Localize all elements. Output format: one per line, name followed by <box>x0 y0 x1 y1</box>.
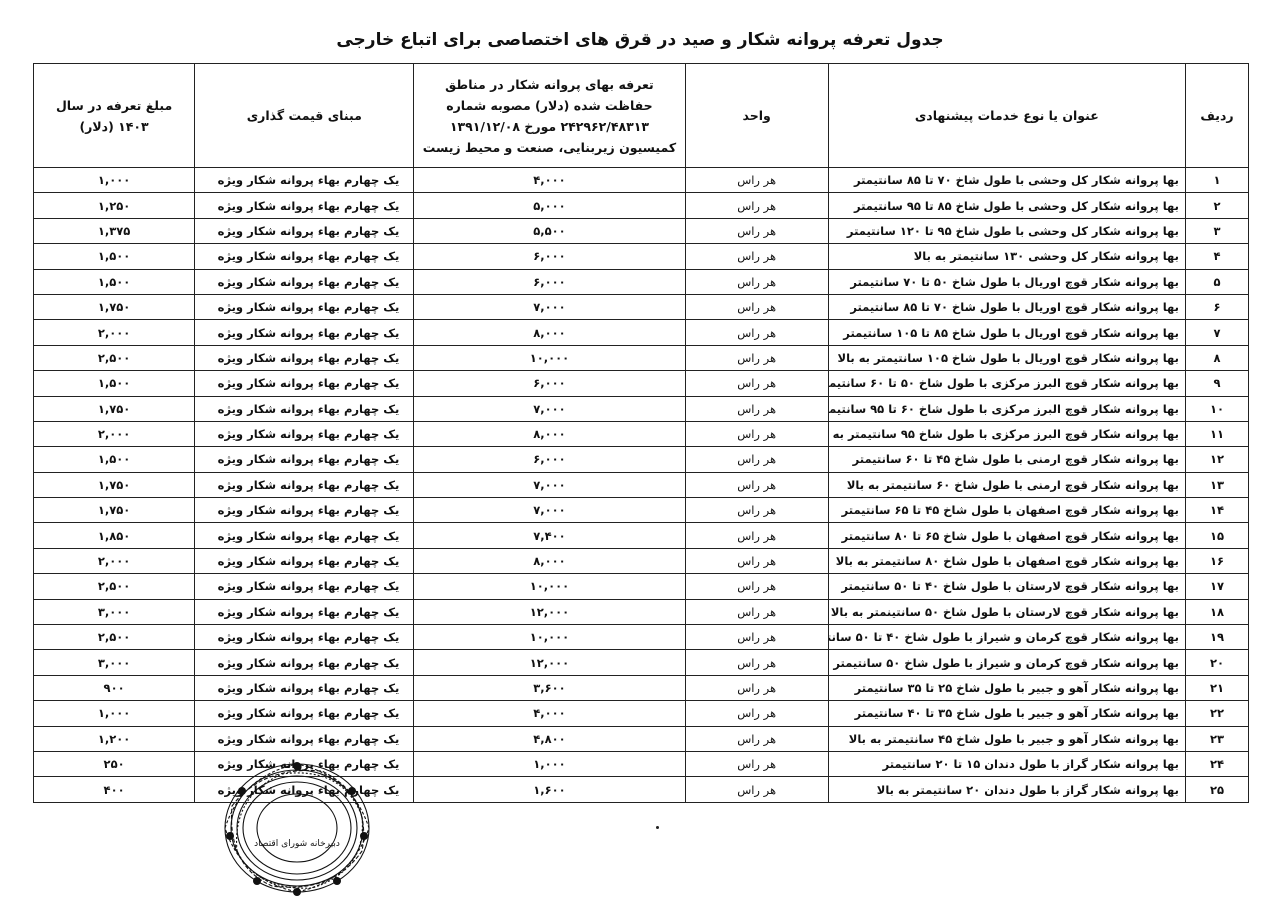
cell-amount-1403: ۱,۰۰۰ <box>34 701 195 726</box>
cell-base-tariff: ۷,۴۰۰ <box>414 523 685 548</box>
cell-pricing-basis: یک چهارم بهاء پروانه شکار ویژه <box>195 650 414 675</box>
cell-pricing-basis: یک چهارم بهاء پروانه شکار ویژه <box>195 751 414 776</box>
cell-pricing-basis: یک چهارم بهاء پروانه شکار ویژه <box>195 574 414 599</box>
cell-service-title: بها پروانه شکار قوچ البرز مرکزی با طول ش… <box>828 396 1185 421</box>
cell-pricing-basis: یک چهارم بهاء پروانه شکار ویژه <box>195 498 414 523</box>
cell-base-tariff: ۴,۰۰۰ <box>414 168 685 193</box>
cell-service-title: بها پروانه شکار قوچ اوریال با طول شاخ ۱۰… <box>828 345 1185 370</box>
cell-amount-1403: ۴۰۰ <box>34 777 195 802</box>
cell-service-title: بها پروانه شکار گراز با طول دندان ۲۰ سان… <box>828 777 1185 802</box>
cell-service-title: بها پروانه شکار قوچ البرز مرکزی با طول ش… <box>828 371 1185 396</box>
cell-service-title: بها پروانه شکار آهو و جبیر با طول شاخ ۴۵… <box>828 726 1185 751</box>
cell-service-title: بها پروانه شکار قوچ اصفهان با طول شاخ ۶۵… <box>828 523 1185 548</box>
cell-base-tariff: ۷,۰۰۰ <box>414 396 685 421</box>
cell-base-tariff: ۷,۰۰۰ <box>414 294 685 319</box>
cell-pricing-basis: یک چهارم بهاء پروانه شکار ویژه <box>195 320 414 345</box>
table-row: ۴بها پروانه شکار کل وحشی ۱۳۰ سانتیمتر به… <box>34 244 1249 269</box>
cell-pricing-basis: یک چهارم بهاء پروانه شکار ویژه <box>195 345 414 370</box>
cell-base-tariff: ۴,۰۰۰ <box>414 701 685 726</box>
cell-unit: هر راس <box>685 498 828 523</box>
cell-unit: هر راس <box>685 751 828 776</box>
cell-row-number: ۷ <box>1185 320 1248 345</box>
cell-row-number: ۶ <box>1185 294 1248 319</box>
table-row: ۲۱بها پروانه شکار آهو و جبیر با طول شاخ … <box>34 675 1249 700</box>
cell-row-number: ۲۰ <box>1185 650 1248 675</box>
cell-row-number: ۲۵ <box>1185 777 1248 802</box>
cell-service-title: بها پروانه شکار قوچ اصفهان با طول شاخ ۴۵… <box>828 498 1185 523</box>
cell-service-title: بها پروانه شکار کل وحشی ۱۳۰ سانتیمتر به … <box>828 244 1185 269</box>
table-row: ۲بها پروانه شکار کل وحشی با طول شاخ ۸۵ ت… <box>34 193 1249 218</box>
cell-unit: هر راس <box>685 294 828 319</box>
cell-unit: هر راس <box>685 371 828 396</box>
cell-service-title: بها پروانه شکار قوچ البرز مرکزی با طول ش… <box>828 421 1185 446</box>
cell-pricing-basis: یک چهارم بهاء پروانه شکار ویژه <box>195 726 414 751</box>
cell-amount-1403: ۱,۰۰۰ <box>34 168 195 193</box>
cell-pricing-basis: یک چهارم بهاء پروانه شکار ویژه <box>195 244 414 269</box>
cell-row-number: ۱۳ <box>1185 472 1248 497</box>
table-row: ۲۴بها پروانه شکار گراز با طول دندان ۱۵ ت… <box>34 751 1249 776</box>
cell-row-number: ۵ <box>1185 269 1248 294</box>
cell-row-number: ۱۸ <box>1185 599 1248 624</box>
cell-pricing-basis: یک چهارم بهاء پروانه شکار ویژه <box>195 625 414 650</box>
cell-amount-1403: ۱,۵۰۰ <box>34 269 195 294</box>
table-row: ۱۱بها پروانه شکار قوچ البرز مرکزی با طول… <box>34 421 1249 446</box>
cell-amount-1403: ۳,۰۰۰ <box>34 599 195 624</box>
table-row: ۷بها پروانه شکار قوچ اوریال با طول شاخ ۸… <box>34 320 1249 345</box>
cell-service-title: بها پروانه شکار آهو و جبیر با طول شاخ ۳۵… <box>828 701 1185 726</box>
table-row: ۲۰بها پروانه شکار قوچ کرمان و شیراز با ط… <box>34 650 1249 675</box>
cell-unit: هر راس <box>685 345 828 370</box>
header-service-title: عنوان یا نوع خدمات پیشنهادی <box>828 64 1185 168</box>
cell-unit: هر راس <box>685 269 828 294</box>
header-unit: واحد <box>685 64 828 168</box>
header-amount-1403: مبلغ تعرفه در سال ۱۴۰۳ (دلار) <box>34 64 195 168</box>
cell-row-number: ۱۲ <box>1185 447 1248 472</box>
table-row: ۱۸بها پروانه شکار قوچ لارستان با طول شاخ… <box>34 599 1249 624</box>
cell-unit: هر راس <box>685 168 828 193</box>
cell-row-number: ۲ <box>1185 193 1248 218</box>
cell-service-title: بها پروانه شکار آهو و جبیر با طول شاخ ۲۵… <box>828 675 1185 700</box>
cell-amount-1403: ۱,۲۵۰ <box>34 193 195 218</box>
cell-row-number: ۲۳ <box>1185 726 1248 751</box>
cell-base-tariff: ۱۰,۰۰۰ <box>414 574 685 599</box>
cell-base-tariff: ۷,۰۰۰ <box>414 472 685 497</box>
cell-base-tariff: ۶,۰۰۰ <box>414 244 685 269</box>
cell-unit: هر راس <box>685 396 828 421</box>
cell-pricing-basis: یک چهارم بهاء پروانه شکار ویژه <box>195 168 414 193</box>
cell-amount-1403: ۲۵۰ <box>34 751 195 776</box>
table-row: ۸بها پروانه شکار قوچ اوریال با طول شاخ ۱… <box>34 345 1249 370</box>
cell-service-title: بها پروانه شکار قوچ کرمان و شیراز با طول… <box>828 650 1185 675</box>
table-row: ۱۶بها پروانه شکار قوچ اصفهان با طول شاخ … <box>34 548 1249 573</box>
cell-amount-1403: ۲,۵۰۰ <box>34 345 195 370</box>
cell-pricing-basis: یک چهارم بهاء پروانه شکار ویژه <box>195 701 414 726</box>
cell-base-tariff: ۸,۰۰۰ <box>414 421 685 446</box>
cell-row-number: ۹ <box>1185 371 1248 396</box>
cell-row-number: ۱ <box>1185 168 1248 193</box>
cell-row-number: ۱۹ <box>1185 625 1248 650</box>
cell-unit: هر راس <box>685 447 828 472</box>
cell-service-title: بها پروانه شکار قوچ اوریال با طول شاخ ۸۵… <box>828 320 1185 345</box>
cell-row-number: ۱۵ <box>1185 523 1248 548</box>
cell-row-number: ۱۰ <box>1185 396 1248 421</box>
table-row: ۲۳بها پروانه شکار آهو و جبیر با طول شاخ … <box>34 726 1249 751</box>
table-row: ۱۰بها پروانه شکار قوچ البرز مرکزی با طول… <box>34 396 1249 421</box>
cell-base-tariff: ۶,۰۰۰ <box>414 447 685 472</box>
cell-unit: هر راس <box>685 421 828 446</box>
cell-row-number: ۲۲ <box>1185 701 1248 726</box>
cell-pricing-basis: یک چهارم بهاء پروانه شکار ویژه <box>195 396 414 421</box>
cell-unit: هر راس <box>685 244 828 269</box>
cell-pricing-basis: یک چهارم بهاء پروانه شکار ویژه <box>195 269 414 294</box>
cell-amount-1403: ۲,۰۰۰ <box>34 421 195 446</box>
cell-base-tariff: ۱۲,۰۰۰ <box>414 599 685 624</box>
seal-text: دبیرخانه شورای اقتصاد <box>254 839 340 849</box>
cell-unit: هر راس <box>685 472 828 497</box>
cell-base-tariff: ۵,۵۰۰ <box>414 218 685 243</box>
cell-unit: هر راس <box>685 599 828 624</box>
header-base-tariff: تعرفه بهای پروانه شکار در مناطق حفاظت شد… <box>414 64 685 168</box>
cell-unit: هر راس <box>685 675 828 700</box>
cell-service-title: بها پروانه شکار کل وحشی با طول شاخ ۹۵ تا… <box>828 218 1185 243</box>
table-row: ۲۵بها پروانه شکار گراز با طول دندان ۲۰ س… <box>34 777 1249 802</box>
table-body: ۱بها پروانه شکار کل وحشی با طول شاخ ۷۰ ت… <box>34 168 1249 803</box>
cell-base-tariff: ۶,۰۰۰ <box>414 269 685 294</box>
cell-pricing-basis: یک چهارم بهاء پروانه شکار ویژه <box>195 472 414 497</box>
table-row: ۱۷بها پروانه شکار قوچ لارستان با طول شاخ… <box>34 574 1249 599</box>
cell-amount-1403: ۱,۵۰۰ <box>34 244 195 269</box>
cell-amount-1403: ۲,۰۰۰ <box>34 548 195 573</box>
cell-row-number: ۲۱ <box>1185 675 1248 700</box>
cell-base-tariff: ۱۰,۰۰۰ <box>414 625 685 650</box>
cell-base-tariff: ۱,۰۰۰ <box>414 751 685 776</box>
cell-pricing-basis: یک چهارم بهاء پروانه شکار ویژه <box>195 371 414 396</box>
cell-amount-1403: ۱,۷۵۰ <box>34 498 195 523</box>
cell-pricing-basis: یک چهارم بهاء پروانه شکار ویژه <box>195 447 414 472</box>
cell-service-title: بها پروانه شکار قوچ اوریال با طول شاخ ۷۰… <box>828 294 1185 319</box>
cell-pricing-basis: یک چهارم بهاء پروانه شکار ویژه <box>195 294 414 319</box>
cell-base-tariff: ۴,۸۰۰ <box>414 726 685 751</box>
table-row: ۱۳بها پروانه شکار قوچ ارمنی با طول شاخ ۶… <box>34 472 1249 497</box>
cell-amount-1403: ۹۰۰ <box>34 675 195 700</box>
cell-base-tariff: ۸,۰۰۰ <box>414 320 685 345</box>
tariff-table: ردیف عنوان یا نوع خدمات پیشنهادی واحد تع… <box>33 63 1249 803</box>
cell-row-number: ۴ <box>1185 244 1248 269</box>
cell-base-tariff: ۱۰,۰۰۰ <box>414 345 685 370</box>
table-header-row: ردیف عنوان یا نوع خدمات پیشنهادی واحد تع… <box>34 64 1249 168</box>
cell-amount-1403: ۲,۵۰۰ <box>34 574 195 599</box>
table-row: ۱۹بها پروانه شکار قوچ کرمان و شیراز با ط… <box>34 625 1249 650</box>
cell-service-title: بها پروانه شکار قوچ اصفهان با طول شاخ ۸۰… <box>828 548 1185 573</box>
cell-amount-1403: ۱,۵۰۰ <box>34 371 195 396</box>
cell-amount-1403: ۱,۷۵۰ <box>34 396 195 421</box>
cell-pricing-basis: یک چهارم بهاء پروانه شکار ویژه <box>195 193 414 218</box>
cell-pricing-basis: یک چهارم بهاء پروانه شکار ویژه <box>195 548 414 573</box>
cell-row-number: ۸ <box>1185 345 1248 370</box>
table-row: ۱۴بها پروانه شکار قوچ اصفهان با طول شاخ … <box>34 498 1249 523</box>
cell-service-title: بها پروانه شکار گراز با طول دندان ۱۵ تا … <box>828 751 1185 776</box>
table-row: ۳بها پروانه شکار کل وحشی با طول شاخ ۹۵ ت… <box>34 218 1249 243</box>
cell-amount-1403: ۳,۰۰۰ <box>34 650 195 675</box>
scan-dot <box>656 826 659 829</box>
cell-amount-1403: ۱,۷۵۰ <box>34 294 195 319</box>
cell-unit: هر راس <box>685 625 828 650</box>
cell-row-number: ۱۷ <box>1185 574 1248 599</box>
cell-base-tariff: ۱,۶۰۰ <box>414 777 685 802</box>
table-row: ۵بها پروانه شکار قوچ اوریال با طول شاخ ۵… <box>34 269 1249 294</box>
document-page: جدول تعرفه پروانه شکار و صید در قرق های … <box>0 0 1280 900</box>
cell-unit: هر راس <box>685 320 828 345</box>
cell-unit: هر راس <box>685 726 828 751</box>
cell-pricing-basis: یک چهارم بهاء پروانه شکار ویژه <box>195 421 414 446</box>
cell-amount-1403: ۱,۸۵۰ <box>34 523 195 548</box>
document-title: جدول تعرفه پروانه شکار و صید در قرق های … <box>0 30 1280 50</box>
table-row: ۶بها پروانه شکار قوچ اوریال با طول شاخ ۷… <box>34 294 1249 319</box>
cell-base-tariff: ۸,۰۰۰ <box>414 548 685 573</box>
cell-service-title: بها پروانه شکار قوچ لارستان با طول شاخ ۵… <box>828 599 1185 624</box>
cell-row-number: ۱۱ <box>1185 421 1248 446</box>
table-row: ۹بها پروانه شکار قوچ البرز مرکزی با طول … <box>34 371 1249 396</box>
cell-unit: هر راس <box>685 548 828 573</box>
table-row: ۱بها پروانه شکار کل وحشی با طول شاخ ۷۰ ت… <box>34 168 1249 193</box>
cell-unit: هر راس <box>685 701 828 726</box>
cell-row-number: ۱۶ <box>1185 548 1248 573</box>
cell-pricing-basis: یک چهارم بهاء پروانه شکار ویژه <box>195 599 414 624</box>
cell-amount-1403: ۱,۳۷۵ <box>34 218 195 243</box>
cell-unit: هر راس <box>685 650 828 675</box>
cell-unit: هر راس <box>685 193 828 218</box>
cell-service-title: بها پروانه شکار قوچ ارمنی با طول شاخ ۶۰ … <box>828 472 1185 497</box>
cell-pricing-basis: یک چهارم بهاء پروانه شکار ویژه <box>195 675 414 700</box>
cell-row-number: ۳ <box>1185 218 1248 243</box>
cell-service-title: بها پروانه شکار کل وحشی با طول شاخ ۷۰ تا… <box>828 168 1185 193</box>
cell-amount-1403: ۱,۲۰۰ <box>34 726 195 751</box>
cell-service-title: بها پروانه شکار کل وحشی با طول شاخ ۸۵ تا… <box>828 193 1185 218</box>
header-row-number: ردیف <box>1185 64 1248 168</box>
header-pricing-basis: مبنای قیمت گذاری <box>195 64 414 168</box>
cell-amount-1403: ۱,۷۵۰ <box>34 472 195 497</box>
cell-row-number: ۲۴ <box>1185 751 1248 776</box>
cell-row-number: ۱۴ <box>1185 498 1248 523</box>
table-row: ۱۵بها پروانه شکار قوچ اصفهان با طول شاخ … <box>34 523 1249 548</box>
cell-unit: هر راس <box>685 523 828 548</box>
cell-amount-1403: ۲,۰۰۰ <box>34 320 195 345</box>
cell-unit: هر راس <box>685 777 828 802</box>
cell-base-tariff: ۵,۰۰۰ <box>414 193 685 218</box>
cell-unit: هر راس <box>685 218 828 243</box>
cell-pricing-basis: یک چهارم بهاء پروانه شکار ویژه <box>195 218 414 243</box>
cell-service-title: بها پروانه شکار قوچ اوریال با طول شاخ ۵۰… <box>828 269 1185 294</box>
cell-pricing-basis: یک چهارم بهاء پروانه شکار ویژه <box>195 523 414 548</box>
cell-unit: هر راس <box>685 574 828 599</box>
cell-pricing-basis: یک چهارم بهاء پروانه شکار ویژه <box>195 777 414 802</box>
cell-amount-1403: ۲,۵۰۰ <box>34 625 195 650</box>
table-row: ۲۲بها پروانه شکار آهو و جبیر با طول شاخ … <box>34 701 1249 726</box>
cell-base-tariff: ۳,۶۰۰ <box>414 675 685 700</box>
cell-service-title: بها پروانه شکار قوچ لارستان با طول شاخ ۴… <box>828 574 1185 599</box>
cell-service-title: بها پروانه شکار قوچ ارمنی با طول شاخ ۴۵ … <box>828 447 1185 472</box>
cell-base-tariff: ۱۲,۰۰۰ <box>414 650 685 675</box>
cell-service-title: بها پروانه شکار قوچ کرمان و شیراز با طول… <box>828 625 1185 650</box>
table-row: ۱۲بها پروانه شکار قوچ ارمنی با طول شاخ ۴… <box>34 447 1249 472</box>
cell-amount-1403: ۱,۵۰۰ <box>34 447 195 472</box>
cell-base-tariff: ۷,۰۰۰ <box>414 498 685 523</box>
cell-base-tariff: ۶,۰۰۰ <box>414 371 685 396</box>
